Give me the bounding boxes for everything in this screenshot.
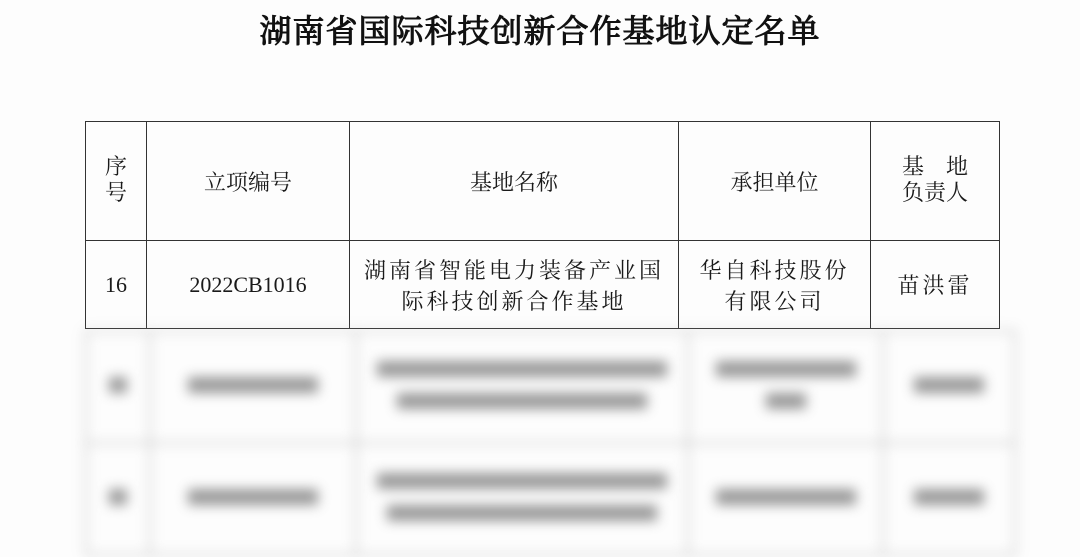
cell-leader: 苗洪雷: [871, 241, 1000, 329]
cell-unit: 华自科技股份 有限公司: [679, 241, 871, 329]
table-header-row: 序 号 立项编号 基地名称 承担单位 基 地 负责人: [86, 122, 1000, 241]
header-project-no: 立项编号: [147, 122, 350, 241]
certification-table: 序 号 立项编号 基地名称 承担单位 基 地 负责人 16 2022CB1016…: [85, 121, 1000, 329]
cell-seq: 16: [86, 241, 147, 329]
blurred-rows: [85, 330, 995, 557]
blurred-row: [86, 331, 1015, 443]
cell-base-name-line2: 际科技创新合作基地: [350, 285, 678, 316]
cell-base-name-line1: 湖南省智能电力装备产业国: [350, 254, 678, 285]
header-unit: 承担单位: [679, 122, 871, 241]
blurred-row: [86, 443, 1015, 555]
header-leader-line2: 负责人: [871, 181, 999, 207]
header-base-name: 基地名称: [350, 122, 679, 241]
header-seq: 序 号: [86, 122, 147, 241]
table-row: 16 2022CB1016 湖南省智能电力装备产业国 际科技创新合作基地 华自科…: [86, 241, 1000, 329]
header-leader-line1: 基 地: [871, 155, 999, 181]
cell-base-name: 湖南省智能电力装备产业国 际科技创新合作基地: [350, 241, 679, 329]
cell-unit-line1: 华自科技股份: [679, 254, 870, 285]
header-leader: 基 地 负责人: [871, 122, 1000, 241]
header-seq-line1: 序: [86, 155, 146, 181]
cell-project-no: 2022CB1016: [147, 241, 350, 329]
header-seq-line2: 号: [86, 181, 146, 207]
cell-unit-line2: 有限公司: [679, 285, 870, 316]
document-title: 湖南省国际科技创新合作基地认定名单: [0, 6, 1080, 52]
